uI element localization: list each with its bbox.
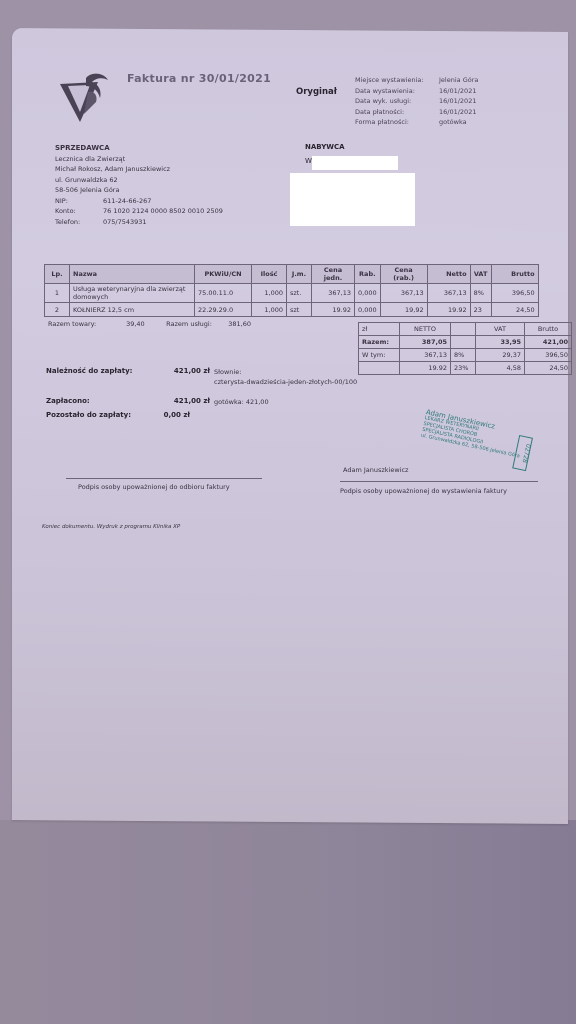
paid-row: Zapłacono: 421,00 zł gotówka: 421,00 — [46, 397, 357, 407]
summary-total-row: Razem: 387,05 33,95 421,00 — [359, 336, 572, 349]
redaction-box — [290, 173, 415, 226]
amount-due-row: Należność do zapłaty: 421,00 zł Słownie:… — [46, 367, 357, 387]
receiver-signature-caption: Podpis osoby upoważnionej do odbioru fak… — [78, 483, 230, 491]
redaction-box — [312, 156, 398, 170]
vat-summary-table: zł NETTO VAT Brutto Razem: 387,05 33,95 … — [358, 322, 572, 375]
buyer-heading: NABYWCA — [305, 143, 345, 151]
seller-nip: NIP:611-24-66-267 — [55, 196, 223, 207]
issuer-name: Adam Januszkiewicz — [343, 466, 408, 474]
remaining-row: Pozostało do zapłaty: 0,00 zł — [46, 411, 357, 419]
seller-line: Lecznica dla Zwierząt — [55, 154, 223, 165]
meta-row: Forma płatności:gotówka — [355, 117, 478, 128]
receiver-signature-line — [66, 478, 262, 479]
services-value: 381,60 — [228, 320, 251, 328]
goods-value: 39,40 — [126, 320, 164, 328]
summary-row: 19.92 23% 4,58 24,50 — [359, 362, 572, 375]
summary-header-row: zł NETTO VAT Brutto — [359, 323, 572, 336]
table-row: 2 KOŁNIERZ 12,5 cm 22.29.29.0 1,000 szt … — [45, 303, 539, 317]
buyer-initial: W — [305, 157, 312, 165]
table-surface — [0, 820, 576, 1024]
seller-line: ul. Grunwaldzka 62 — [55, 175, 223, 186]
invoice-title: Faktura nr 30/01/2021 — [127, 72, 271, 85]
seller-phone: Telefon:075/7543931 — [55, 217, 223, 228]
services-label: Razem usługi: — [166, 320, 226, 328]
clinic-logo-icon — [58, 72, 114, 126]
issuer-signature-caption: Podpis osoby upoważnionej do wystawienia… — [340, 487, 507, 495]
table-row: 1 Usługa weterynaryjna dla zwierząt domo… — [45, 284, 539, 303]
meta-row: Data wyk. usługi:16/01/2021 — [355, 96, 478, 107]
meta-row: Data wystawienia:16/01/2021 — [355, 86, 478, 97]
seller-account: Konto:76 1020 2124 0000 8502 0010 2509 — [55, 206, 223, 217]
subtotals-line: Razem towary: 39,40 Razem usługi: 381,60 — [48, 320, 251, 328]
meta-row: Miejsce wystawienia:Jelenia Góra — [355, 75, 478, 86]
goods-label: Razem towary: — [48, 320, 124, 328]
document-footer: Koniec dokumentu. Wydruk z programu Klin… — [42, 524, 180, 530]
issuer-signature-line — [340, 481, 538, 482]
invoice-meta: Miejsce wystawienia:Jelenia Góra Data wy… — [355, 75, 478, 128]
copy-label: Oryginał — [296, 87, 337, 97]
seller-line: Michał Rokosz, Adam Januszkiewicz — [55, 164, 223, 175]
items-table: Lp. Nazwa PKWiU/CN Ilość J.m. Cena jedn.… — [44, 264, 539, 317]
payment-block: Należność do zapłaty: 421,00 zł Słownie:… — [46, 367, 357, 429]
seller-line: 58-506 Jelenia Góra — [55, 185, 223, 196]
seller-heading: SPRZEDAWCA — [55, 143, 223, 154]
seller-block: SPRZEDAWCA Lecznica dla Zwierząt Michał … — [55, 143, 223, 227]
items-header-row: Lp. Nazwa PKWiU/CN Ilość J.m. Cena jedn.… — [45, 265, 539, 284]
summary-row: W tym: 367,13 8% 29,37 396,50 — [359, 349, 572, 362]
meta-row: Data płatności:16/01/2021 — [355, 107, 478, 118]
